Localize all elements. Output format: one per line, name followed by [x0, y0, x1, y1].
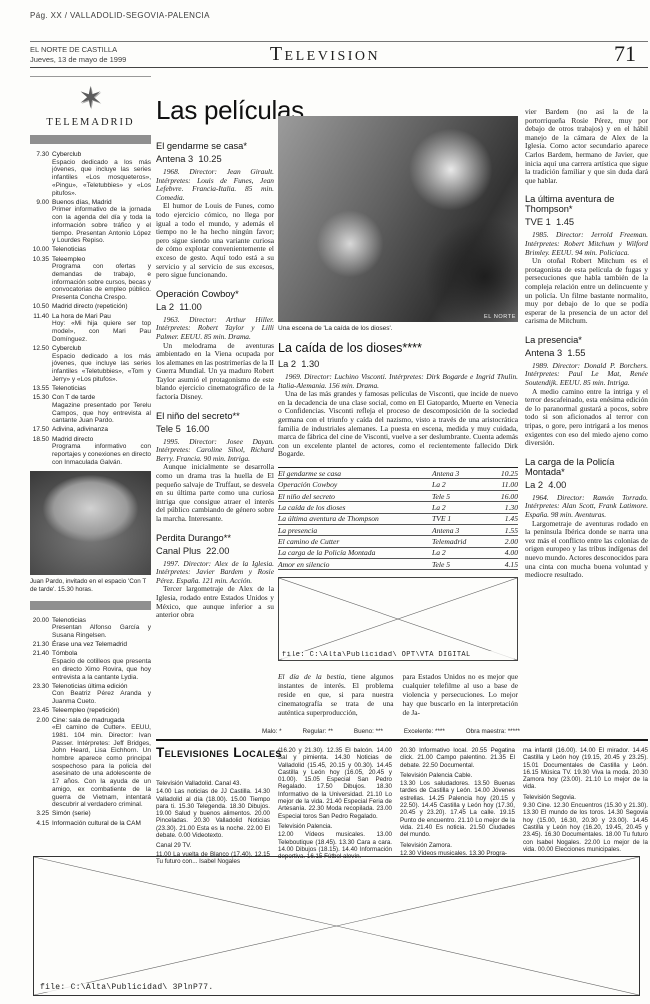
schedule-time: 21.40	[30, 650, 49, 658]
station-listing: 20.30 Informativo local. 20.55 Pegatina …	[400, 747, 515, 769]
locales-heading: Televisiones Locales	[156, 745, 282, 760]
station-name: Televisión Palencia Cable.	[400, 772, 515, 779]
schedule-time: 4.15	[30, 820, 49, 828]
review-body: Aunque inicialmente se desarrolla como u…	[156, 463, 274, 523]
review-channel-time: Antena 3 10.25	[156, 154, 274, 164]
table-row: La última aventura de ThompsonTVE 11.45	[278, 513, 518, 524]
film-channel: La 2	[432, 479, 490, 490]
film-time: 2.00	[490, 536, 518, 547]
films-middle-column: EL NORTE Una escena de 'La caída de los …	[278, 116, 518, 717]
schedule-time: 2.00	[30, 717, 49, 725]
schedule-time: 7.30	[30, 151, 49, 159]
schedule-desc: Presentan Alfonso García y Susana Ringel…	[52, 624, 151, 639]
header-rule-bottom	[30, 67, 648, 68]
schedule-item: 13.55Telenoticias	[30, 385, 151, 393]
table-row: La presenciaAntena 31.55	[278, 524, 518, 535]
film-time: 1.30	[490, 502, 518, 513]
schedule-desc: Programa informativo con reportajes y co…	[52, 443, 151, 466]
films-right-column: vier Bardem (no así la de la portorrique…	[525, 108, 648, 580]
schedule-desc: Con Beatriz Pérez Aranda y Juanma Cueto.	[52, 690, 151, 705]
table-row: La caída de los diosesLa 21.30	[278, 502, 518, 513]
table-row: El gendarme se casaAntena 310.25	[278, 467, 518, 478]
film-name: El niño del secreto	[278, 490, 432, 501]
table-row: La carga de la Policía MontadaLa 24.00	[278, 547, 518, 558]
schedule-title: Cyberclub	[52, 345, 151, 353]
review-title: Operación Cowboy*	[156, 289, 274, 299]
station-name: Televisión Palencia.	[278, 823, 392, 830]
review-body: Una de las más grandes y famosas películ…	[278, 390, 518, 459]
film-review: La carga de la Policía Montada* La 2 4.0…	[525, 457, 648, 580]
film-channel: Antena 3	[432, 467, 490, 478]
header-rule-top	[30, 41, 648, 42]
station-name: Televisión Zamora.	[400, 842, 515, 849]
review-credits: 1969. Director: Luchino Visconti. Intérp…	[278, 373, 518, 390]
locales-column-2: (16.20 y 21.30). 12.35 El balcón. 14.00 …	[278, 747, 392, 863]
legend-item: Regular: **	[303, 728, 333, 735]
schedule-time: 10.50	[30, 303, 49, 311]
film-time: 4.15	[490, 559, 518, 570]
schedule-desc: Primer informativo de la jornada con la …	[52, 206, 151, 245]
schedule-title: Telenoticias	[52, 617, 151, 625]
schedule-item: 9.00Buenos días, MadridPrimer informativ…	[30, 199, 151, 245]
placeholder-file-path: file: C:\Alta\Publicidad\ OPT\VTA DIGITA…	[282, 651, 514, 659]
film-channel: TVE 1	[432, 513, 490, 524]
film-review: La presencia* Antena 3 1.55 1989. Direct…	[525, 335, 648, 448]
review-title: El gendarme se casa*	[156, 141, 274, 151]
table-row: El camino de CutterTelemadrid2.00	[278, 536, 518, 547]
schedule-desc: Espacio de cotilleos que presenta en dir…	[52, 658, 151, 681]
schedule-time: 12.50	[30, 345, 49, 353]
review-body: El humor de Louis de Funes, como todo ej…	[156, 202, 274, 279]
schedule-time: 10.35	[30, 256, 49, 264]
table-row: Amor en silencioTele 54.15	[278, 559, 518, 570]
review-credits: 1995. Director: Josee Dayan. Intérpretes…	[156, 438, 274, 464]
film-time: 1.55	[490, 524, 518, 535]
review-title: La presencia*	[525, 335, 648, 345]
section-divider-rule	[156, 739, 648, 741]
legend-item: Bueno: ***	[354, 728, 383, 735]
bottom-ad-placeholder-box: file: C:\Alta\Publicidad\ 3PlnP77.	[33, 856, 640, 996]
film-channel: Tele 5	[432, 559, 490, 570]
schedule-time: 21.30	[30, 641, 49, 649]
review-credits: 1968. Director: Jean Girault. Intérprete…	[156, 168, 274, 202]
telemadrid-wordmark: TELEMADRID	[30, 117, 151, 128]
review-credits: 1963. Director: Arthur Hiller. Intérpret…	[156, 316, 274, 342]
ratings-legend: Malo: * Regular: ** Bueno: *** Excelente…	[262, 728, 520, 735]
review-title: El niño del secreto**	[156, 411, 274, 421]
telemadrid-schedule-morning: 7.30CyberclubEspacio dedicado a los más …	[30, 151, 151, 466]
schedule-time: 10.00	[30, 246, 49, 254]
schedule-time: 18.50	[30, 436, 49, 444]
schedule-item: 18.50Madrid directoPrograma informativo …	[30, 436, 151, 467]
film-review: Operación Cowboy* La 2 11.00 1963. Direc…	[156, 289, 274, 402]
review-body: Un otoñal Robert Mitchum es el protagoni…	[525, 257, 648, 326]
review-channel-time: La 2 4.00	[525, 480, 648, 490]
review-body: Tercer largometraje de Alex de la Iglesi…	[156, 585, 274, 619]
legend-item: Excelente: ****	[404, 728, 445, 735]
film-title-italic: El día de la bestia	[278, 672, 344, 681]
film-name: La caída de los dioses	[278, 502, 432, 513]
station-listing: 9.30 Cine. 12.30 Encuentros (15.30 y 21.…	[523, 802, 648, 853]
review-channel-time: Canal Plus 22.00	[156, 546, 274, 556]
review-channel-time: Antena 3 1.55	[525, 348, 648, 358]
schedule-title: Tómbola	[52, 650, 151, 658]
schedule-item: 7.30CyberclubEspacio dedicado a los más …	[30, 151, 151, 197]
film-name: El camino de Cutter	[278, 536, 432, 547]
schedule-title: Teleempleo (repetición)	[52, 707, 151, 715]
schedule-title: Telenoticias última edición	[52, 683, 151, 691]
schedule-desc: «El camino de Cutter». EEUU, 1981. 104 m…	[52, 724, 151, 809]
review-continuation: El día de la bestia, tiene algunos insta…	[278, 673, 518, 717]
divider-bar	[30, 135, 151, 144]
station-name: Televisión Segovia.	[523, 794, 648, 801]
film-channel: Antena 3	[432, 524, 490, 535]
schedule-time: 9.00	[30, 199, 49, 207]
review-body: A medio camino entre la intriga y el ter…	[525, 388, 648, 448]
telemadrid-schedule-evening: 20.00TelenoticiasPresentan Alfonso Garcí…	[30, 617, 151, 828]
film-review: Perdita Durango** Canal Plus 22.00 1997.…	[156, 533, 274, 620]
edition-label: Pág. XX / VALLADOLID-SEGOVIA-PALENCIA	[30, 11, 210, 20]
review-title: Perdita Durango**	[156, 533, 274, 543]
schedule-item: 10.00Telenoticias	[30, 246, 151, 254]
juan-pardo-photo	[30, 471, 151, 575]
schedule-time: 17.50	[30, 426, 49, 434]
schedule-title: Érase una vez Telemadrid	[52, 641, 151, 649]
telemadrid-logo: ✶ TELEMADRID	[30, 83, 151, 128]
film-name: La última aventura de Thompson	[278, 513, 432, 524]
film-still-photo: EL NORTE	[278, 116, 518, 322]
schedule-title: Información cultural de la CAM	[52, 820, 151, 828]
schedule-title: Teleempleo	[52, 256, 151, 264]
schedule-item: 10.35TeleempleoPrograma con ofertas y de…	[30, 256, 151, 302]
schedule-title: Madrid directo	[52, 436, 151, 444]
newspaper-page: Pág. XX / VALLADOLID-SEGOVIA-PALENCIA EL…	[0, 0, 650, 1004]
film-schedule-table: El gendarme se casaAntena 310.25 Operaci…	[278, 467, 518, 571]
film-time: 4.00	[490, 547, 518, 558]
schedule-item: 10.50Madrid directo (repetición)	[30, 303, 151, 311]
photo-caption: Juan Pardo, invitado en el espacio 'Con …	[30, 578, 151, 593]
schedule-title: Cine: sala de madrugada	[52, 717, 151, 725]
review-title: La última aventura de Thompson*	[525, 194, 648, 214]
schedule-title: La hora de Mari Pau	[52, 313, 151, 321]
schedule-time: 23.30	[30, 683, 49, 691]
schedule-time: 13.55	[30, 385, 49, 393]
feature-review: La caída de los dioses**** La 2 1.30 196…	[278, 341, 518, 459]
schedule-title: Simón (serie)	[52, 810, 151, 818]
continuation-left: El día de la bestia, tiene algunos insta…	[278, 673, 394, 717]
schedule-time: 20.00	[30, 617, 49, 625]
film-time: 11.00	[490, 479, 518, 490]
film-review: El gendarme se casa* Antena 3 10.25 1968…	[156, 141, 274, 280]
film-name: Operación Cowboy	[278, 479, 432, 490]
schedule-item: 2.00Cine: sala de madrugada«El camino de…	[30, 717, 151, 809]
station-name: Canal 29 TV.	[156, 842, 270, 849]
station-listing: 13.30 Los saludadores. 13.50 Buenas tard…	[400, 780, 515, 838]
locales-column-3: 20.30 Informativo local. 20.55 Pegatina …	[400, 747, 515, 860]
review-channel-time: Tele 5 16.00	[156, 424, 274, 434]
station-listing: (16.20 y 21.30). 12.35 El balcón. 14.00 …	[278, 747, 392, 820]
film-name: La carga de la Policía Montada	[278, 547, 432, 558]
review-title: La carga de la Policía Montada*	[525, 457, 648, 477]
review-body: Largometraje de aventuras rodado en la p…	[525, 520, 648, 580]
ad-placeholder-box: file: C:\Alta\Publicidad\ OPT\VTA DIGITA…	[278, 577, 518, 661]
locales-column-4: ma infantil (16.00). 14.00 El mirador. 1…	[523, 747, 648, 856]
schedule-desc: Magazine presentado por Terelu Campos, q…	[52, 402, 151, 425]
schedule-desc: Hoy: «Mi hija quiere ser top model», con…	[52, 320, 151, 343]
placeholder-file-path: file: C:\Alta\Publicidad\ 3PlnP77.	[40, 983, 213, 992]
review-credits: 1997. Director: Alex de la Iglesia. Inté…	[156, 560, 274, 586]
schedule-time: 3.25	[30, 810, 49, 818]
film-still-caption: Una escena de 'La caída de los dioses'.	[278, 325, 518, 332]
table-row: El niño del secretoTele 516.00	[278, 490, 518, 501]
station-listing: ma infantil (16.00). 14.00 El mirador. 1…	[523, 747, 648, 791]
schedule-item: 21.30Érase una vez Telemadrid	[30, 641, 151, 649]
schedule-title: Telenoticias	[52, 385, 151, 393]
schedule-desc: Espacio dedicado a los más jóvenes, que …	[52, 159, 151, 198]
film-review: La última aventura de Thompson* TVE 1 1.…	[525, 194, 648, 326]
schedule-title: Madrid directo (repetición)	[52, 303, 151, 311]
film-time: 1.45	[490, 513, 518, 524]
schedule-item: 4.15Información cultural de la CAM	[30, 820, 151, 828]
schedule-time: 11.40	[30, 313, 49, 321]
review-credits: 1985. Director: Jerrold Freeman. Intérpr…	[525, 231, 648, 257]
telemadrid-column: ✶ TELEMADRID 7.30CyberclubEspacio dedica…	[30, 76, 151, 829]
schedule-item: 11.40La hora de Mari PauHoy: «Mi hija qu…	[30, 313, 151, 344]
film-review: El niño del secreto** Tele 5 16.00 1995.…	[156, 411, 274, 524]
film-channel: Telemadrid	[432, 536, 490, 547]
locales-column-1: Televisión Valladolid. Canal 43. 14.00 L…	[156, 777, 270, 868]
film-time: 10.25	[490, 467, 518, 478]
schedule-time: 15.30	[30, 394, 49, 402]
photo-credit: EL NORTE	[484, 314, 516, 320]
schedule-title: Cyberclub	[52, 151, 151, 159]
schedule-item: 15.30Con T de tardeMagazine presentado p…	[30, 394, 151, 425]
schedule-item: 20.00TelenoticiasPresentan Alfonso Garcí…	[30, 617, 151, 640]
review-continuation-text: vier Bardem (no así la de la portorrique…	[525, 108, 648, 185]
review-title: La caída de los dioses****	[278, 341, 518, 355]
schedule-item: 12.50CyberclubEspacio dedicado a los más…	[30, 345, 151, 384]
film-channel: La 2	[432, 547, 490, 558]
schedule-title: Telenoticias	[52, 246, 151, 254]
legend-item: Malo: *	[262, 728, 282, 735]
review-channel-time: TVE 1 1.45	[525, 217, 648, 227]
telemadrid-star-icon: ✶	[30, 83, 151, 115]
review-body: Un melodrama de aventuras ambientado en …	[156, 342, 274, 402]
schedule-time: 23.45	[30, 707, 49, 715]
continuation-right: para Estados Unidos no es mejor que cual…	[403, 673, 519, 717]
films-column-1: El gendarme se casa* Antena 3 10.25 1968…	[156, 132, 274, 620]
review-credits: 1989. Director: Donald P. Borchers. Inté…	[525, 362, 648, 388]
schedule-title: Adivina, adivinanza	[52, 426, 151, 434]
page-number: 71	[614, 41, 636, 67]
film-name: El gendarme se casa	[278, 467, 432, 478]
schedule-item: 21.40TómbolaEspacio de cotilleos que pre…	[30, 650, 151, 681]
schedule-item: 23.30Telenoticias última ediciónCon Beat…	[30, 683, 151, 706]
legend-item: Obra maestra: *****	[466, 728, 520, 735]
schedule-item: 23.45Teleempleo (repetición)	[30, 707, 151, 715]
schedule-desc: Programa con ofertas y demandas de traba…	[52, 263, 151, 302]
film-name: Amor en silencio	[278, 559, 432, 570]
film-channel: Tele 5	[432, 490, 490, 501]
film-time: 16.00	[490, 490, 518, 501]
review-channel-time: La 2 1.30	[278, 359, 518, 369]
film-name: La presencia	[278, 524, 432, 535]
placeholder-x-icon	[34, 857, 639, 995]
schedule-title: Con T de tarde	[52, 394, 151, 402]
film-channel: La 2	[432, 502, 490, 513]
table-row: Operación CowboyLa 211.00	[278, 479, 518, 490]
review-credits: 1964. Director: Ramón Torrado. Intérpret…	[525, 494, 648, 520]
schedule-item: 17.50Adivina, adivinanza	[30, 426, 151, 434]
schedule-desc: Espacio dedicado a los más jóvenes, que …	[52, 353, 151, 384]
divider-bar	[30, 601, 151, 610]
section-title: Television	[0, 43, 650, 66]
schedule-title: Buenos días, Madrid	[52, 199, 151, 207]
placeholder-x-icon	[279, 578, 517, 660]
station-listing: 14.00 Las noticias de JJ Castilla. 14.30…	[156, 788, 270, 839]
review-channel-time: La 2 11.00	[156, 302, 274, 312]
schedule-item: 3.25Simón (serie)	[30, 810, 151, 818]
station-name: Televisión Valladolid. Canal 43.	[156, 780, 270, 787]
